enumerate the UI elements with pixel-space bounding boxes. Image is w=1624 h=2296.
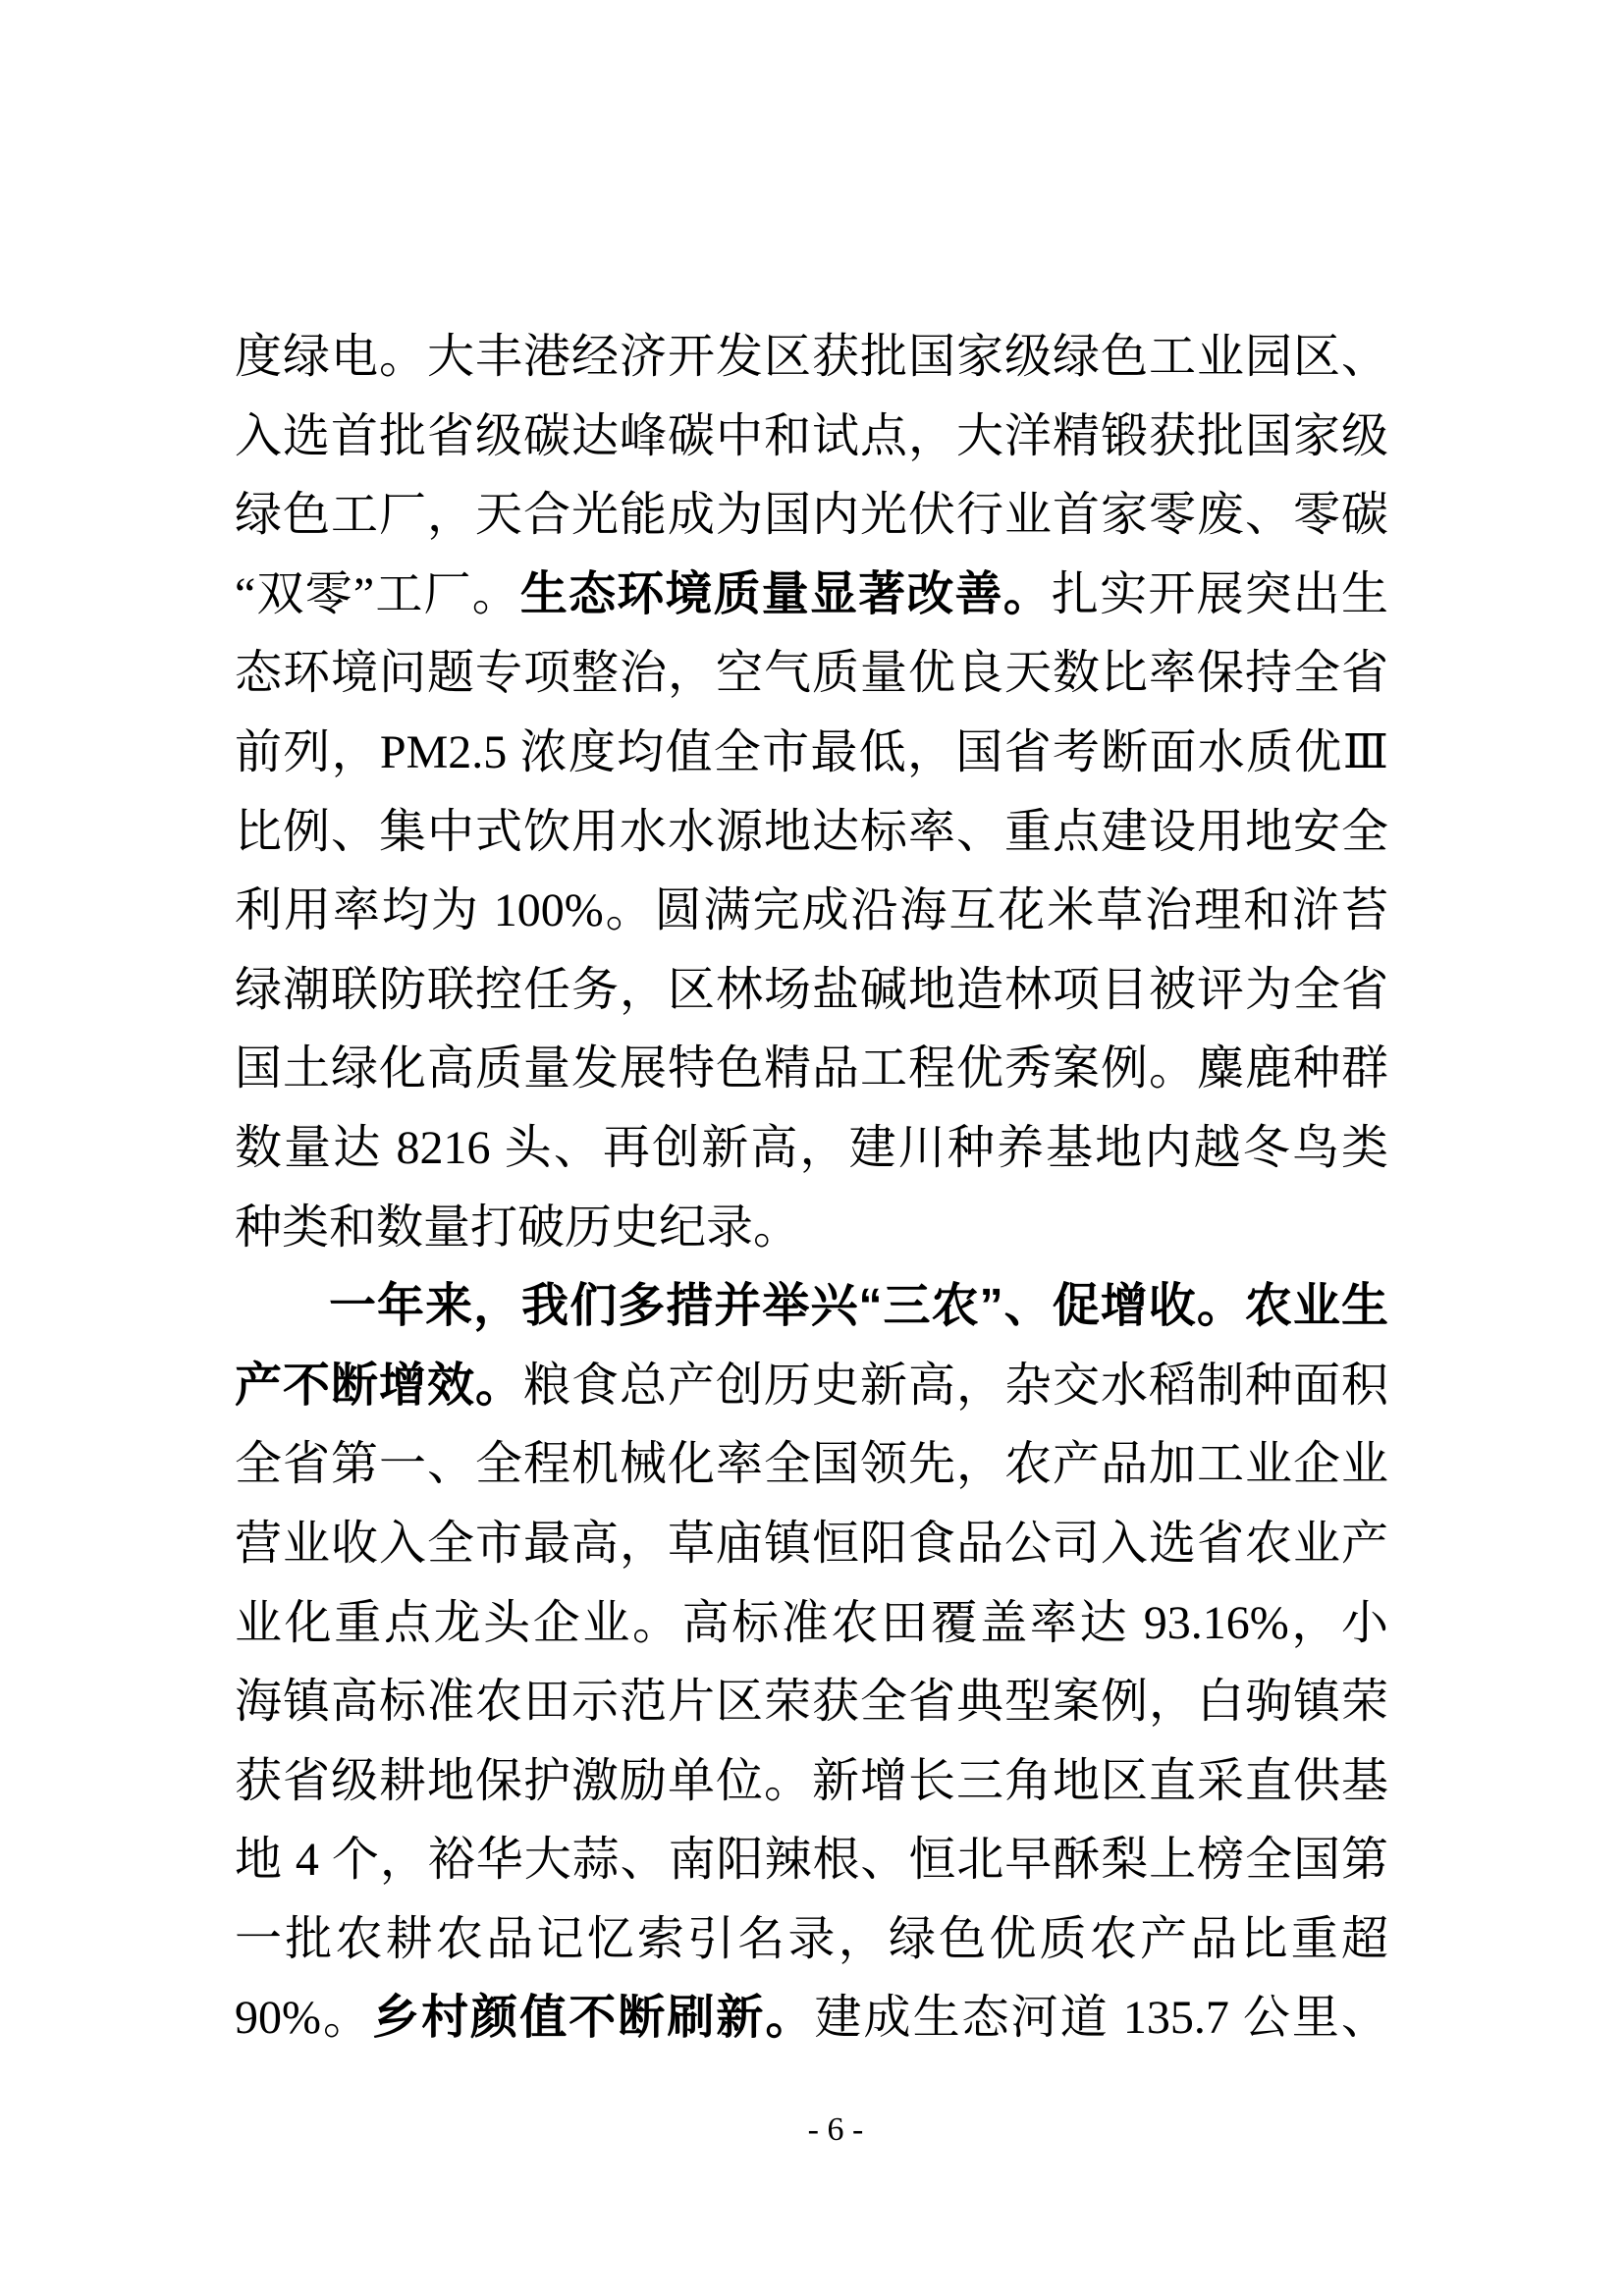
text-segment: 度绿电。大丰港经济开发区获批国家级绿色工业园区、: [235, 331, 1388, 383]
emphasis-segment: 产不断增效。: [235, 1360, 523, 1412]
text-segment: “双零”工厂。: [235, 568, 520, 620]
emphasis-segment: 一年来，我们多措并举兴“三农”、促增收。: [329, 1280, 1245, 1332]
document-page: 度绿电。大丰港经济开发区获批国家级绿色工业园区、入选首批省级碳达峰碳中和试点，大…: [0, 0, 1624, 2296]
text-line: 入选首批省级碳达峰碳中和试点，大洋精锻获批国家级: [235, 398, 1388, 477]
text-segment: 90%。: [235, 1992, 372, 2044]
text-line: 全省第一、全程机械化率全国领先，农产品加工业企业: [235, 1425, 1388, 1505]
text-segment: 全省第一、全程机械化率全国领先，农产品加工业企业: [235, 1438, 1388, 1490]
text-line: 产不断增效。粮食总产创历史新高，杂交水稻制种面积: [235, 1347, 1388, 1426]
text-line: 一年来，我们多措并举兴“三农”、促增收。农业生: [235, 1267, 1388, 1347]
text-segment: 数量达 8216 头、再创新高，建川种养基地内越冬鸟类: [235, 1122, 1388, 1174]
text-line: 前列，PM2.5 浓度均值全市最低，国省考断面水质优Ⅲ: [235, 714, 1388, 793]
text-line: 一批农耕农品记忆索引名录，绿色优质农产品比重超: [235, 1900, 1388, 1980]
text-line: 地 4 个，裕华大蒜、南阳辣根、恒北早酥梨上榜全国第: [235, 1821, 1388, 1900]
text-line: 数量达 8216 头、再创新高，建川种养基地内越冬鸟类: [235, 1109, 1388, 1189]
text-line: 态环境问题专项整治，空气质量优良天数比率保持全省: [235, 634, 1388, 714]
text-segment: 比例、集中式饮用水水源地达标率、重点建设用地安全: [235, 806, 1388, 858]
text-segment: 绿潮联防联控任务，区林场盐碱地造林项目被评为全省: [235, 964, 1388, 1016]
emphasis-segment: 农业生: [1245, 1280, 1388, 1332]
text-line: 营业收入全市最高，草庙镇恒阳食品公司入选省农业产: [235, 1505, 1388, 1584]
text-line: 绿色工厂，天合光能成为国内光伏行业首家零废、零碳: [235, 476, 1388, 556]
text-line: 国土绿化高质量发展特色精品工程优秀案例。麋鹿种群: [235, 1030, 1388, 1109]
text-segment: 营业收入全市最高，草庙镇恒阳食品公司入选省农业产: [235, 1518, 1388, 1570]
page-number: - 6 -: [0, 2110, 1624, 2150]
text-segment: 前列，PM2.5 浓度均值全市最低，国省考断面水质优Ⅲ: [235, 726, 1388, 778]
text-line: 比例、集中式饮用水水源地达标率、重点建设用地安全: [235, 793, 1388, 873]
text-segment: 种类和数量打破历史纪录。: [235, 1201, 800, 1254]
text-segment: 利用率均为 100%。圆满完成沿海互花米草治理和浒苔: [235, 884, 1388, 936]
paragraph: 一年来，我们多措并举兴“三农”、促增收。农业生产不断增效。粮食总产创历史新高，杂…: [235, 1267, 1388, 2058]
text-segment: 态环境问题专项整治，空气质量优良天数比率保持全省: [235, 647, 1388, 699]
emphasis-segment: 生态环境质量显著改善。: [520, 568, 1052, 620]
text-segment: 获省级耕地保护激励单位。新增长三角地区直采直供基: [235, 1755, 1388, 1807]
text-segment: 国土绿化高质量发展特色精品工程优秀案例。麋鹿种群: [235, 1042, 1388, 1095]
text-segment: 入选首批省级碳达峰碳中和试点，大洋精锻获批国家级: [235, 410, 1388, 462]
text-line: 90%。乡村颜值不断刷新。建成生态河道 135.7 公里、: [235, 1979, 1388, 2058]
emphasis-segment: 乡村颜值不断刷新。: [372, 1992, 814, 2044]
text-line: 业化重点龙头企业。高标准农田覆盖率达 93.16%，小: [235, 1584, 1388, 1664]
text-segment: 海镇高标准农田示范片区荣获全省典型案例，白驹镇荣: [235, 1676, 1388, 1728]
text-line: 利用率均为 100%。圆满完成沿海互花米草治理和浒苔: [235, 872, 1388, 951]
text-segment: 粮食总产创历史新高，杂交水稻制种面积: [523, 1360, 1388, 1412]
text-segment: 建成生态河道 135.7 公里、: [815, 1992, 1388, 2044]
text-segment: 绿色工厂，天合光能成为国内光伏行业首家零废、零碳: [235, 489, 1388, 541]
paragraph: 度绿电。大丰港经济开发区获批国家级绿色工业园区、入选首批省级碳达峰碳中和试点，大…: [235, 318, 1388, 1267]
text-line: 度绿电。大丰港经济开发区获批国家级绿色工业园区、: [235, 318, 1388, 398]
text-line: 获省级耕地保护激励单位。新增长三角地区直采直供基: [235, 1742, 1388, 1822]
text-segment: 一批农耕农品记忆索引名录，绿色优质农产品比重超: [235, 1913, 1388, 1965]
text-line: 绿潮联防联控任务，区林场盐碱地造林项目被评为全省: [235, 951, 1388, 1031]
text-segment: 业化重点龙头企业。高标准农田覆盖率达 93.16%，小: [235, 1597, 1388, 1649]
text-line: 种类和数量打破历史纪录。: [235, 1189, 1388, 1268]
body-text: 度绿电。大丰港经济开发区获批国家级绿色工业园区、入选首批省级碳达峰碳中和试点，大…: [235, 318, 1388, 2058]
text-line: 海镇高标准农田示范片区荣获全省典型案例，白驹镇荣: [235, 1663, 1388, 1742]
text-line: “双零”工厂。生态环境质量显著改善。扎实开展突出生: [235, 556, 1388, 635]
text-segment: 地 4 个，裕华大蒜、南阳辣根、恒北早酥梨上榜全国第: [235, 1834, 1388, 1886]
text-segment: 扎实开展突出生: [1052, 568, 1388, 620]
